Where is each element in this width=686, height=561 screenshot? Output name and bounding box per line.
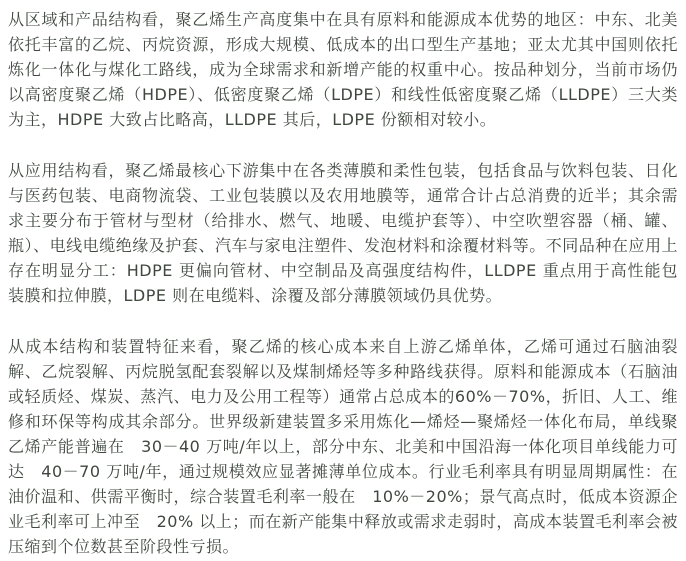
paragraph-application-structure: 从应用结构看，聚乙烯最核心下游集中在各类薄膜和柔性包装，包括食品与饮料包装、日化… bbox=[8, 158, 678, 308]
document-page: 从区域和产品结构看，聚乙烯生产高度集中在具有原料和能源成本优势的地区：中东、北美… bbox=[0, 0, 686, 561]
paragraph-cost-structure: 从成本结构和装置特征来看，聚乙烯的核心成本来自上游乙烯单体，乙烯可通过石脑油裂解… bbox=[8, 334, 678, 559]
paragraph-region-product-structure: 从区域和产品结构看，聚乙烯生产高度集中在具有原料和能源成本优势的地区：中东、北美… bbox=[8, 7, 678, 132]
